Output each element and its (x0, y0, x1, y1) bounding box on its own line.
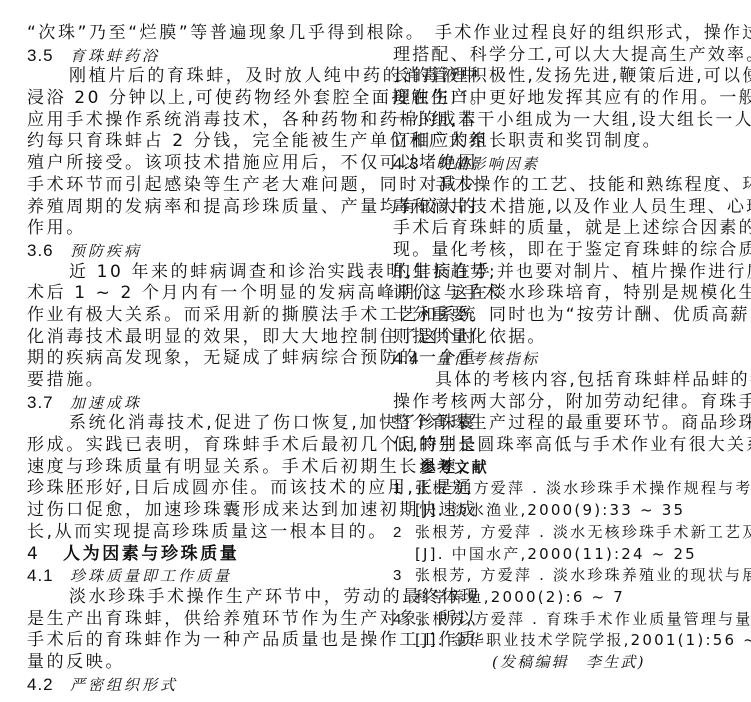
body-text-line: 珍珠胚形好,日后成圆亦佳。而该技术的应用,正是通 (27, 478, 364, 500)
reference-item: 4张根芳,方爱萍 . 育珠手术作业质量管理与量化考核 (393, 609, 724, 631)
heading-number: 4 (27, 544, 63, 566)
body-text-line: 毒和滴片技术措施,以及作业人员生理、心理因素等。 (393, 197, 724, 219)
body-text-line: 十分重要。同时也为“按劳计酬、优质高薪”的分配原 (393, 305, 724, 327)
references-title: 参考文献 (393, 457, 724, 479)
subsection-heading: 3.7加速成珠 (27, 392, 364, 414)
body-text-line: 理在生产中更好地发挥其应有的作用。一般以 3 人为 (393, 88, 724, 110)
body-text-line: 量的反映。 (27, 652, 364, 674)
reference-number: 4 (393, 609, 415, 631)
body-text-line: 系统化消毒技术,促进了伤口恢复,加快了珍珠囊 (27, 413, 364, 435)
body-text-line: “次珠”乃至“烂膜”等普遍现象几乎得到根除。 (27, 23, 364, 45)
heading-text: 严密组织形式 (70, 676, 178, 694)
body-text-line: 手术环节而引起感染等生产老大难问题，同时对减少 (27, 175, 364, 197)
body-text-line: 化消毒技术最明显的效果，即大大地控制住了这个时 (27, 327, 364, 349)
reference-text: 张根芳,方爱萍 . 育珠手术作业质量管理与量化考核 (415, 610, 751, 628)
body-text-line: 作业有极大关系。而采用新的撕膜法手术工艺和系统 (27, 305, 364, 327)
body-text-line: 手术作业过程良好的组织形式，操作过程中的合 (393, 23, 724, 45)
body-text-line: 应用手术操作系统消毒技术，各种药物和药棉的成本 (27, 110, 364, 132)
reference-number: 3 (393, 565, 415, 587)
body-text-line: 现。量化考核，即在于鉴定育珠蚌的综合质量和今后 (393, 240, 724, 262)
heading-number: 4.1 (27, 565, 70, 587)
body-text-line: 手术操作的工艺、技能和熟练程度、环境条件,消 (393, 175, 724, 197)
body-text-line: 要措施。 (27, 370, 364, 392)
subsection-heading: 4.4量化考核指标 (393, 348, 724, 370)
heading-number: 3.7 (27, 392, 70, 414)
heading-number: 3.5 (27, 45, 70, 67)
body-text-line: 具体的考核内容,包括育珠蚌样品蚌的考核,制片 (393, 370, 724, 392)
body-text-line: 长,从而实现提高珍珠质量这一根本目的。 (27, 522, 364, 544)
heading-text: 加速成珠 (70, 394, 142, 412)
heading-text: 珍珠质量即工作质量 (70, 567, 232, 585)
body-text-line: 手术后育珠蚌的质量，就是上述综合因素的最终体 (393, 218, 724, 240)
section-heading: 4人为因素与珍珠质量 (27, 544, 364, 566)
body-text-line: 一小组,若干小组成为一大组,设大组长一人,同时制 (393, 110, 724, 132)
body-text-line: 术后 1 ~ 2 个月内有一个明显的发病高峰期,这与手术 (27, 283, 364, 305)
body-text-line: 则提供量化依据。 (393, 327, 724, 349)
right-column: 手术作业过程良好的组织形式，操作过程中的合理搭配、科学分工,可以大大提高生产效率… (393, 23, 724, 674)
subsection-heading: 4.3明确影响因素 (393, 153, 724, 175)
reference-citation: 科学养鱼,2000(2):6 ~ 7 (393, 587, 724, 609)
body-text-line: 低,特别是圆珠率高低与手术作业有很大关系。 (393, 435, 724, 457)
reference-citation: [J]. 淡水渔业,2000(9):33 ~ 35 (393, 500, 724, 522)
body-text-line: 刚植片后的育珠蚌，及时放人纯中药的消毒液中 (27, 66, 364, 88)
body-text-line: 操作考核两大部分，附加劳动纪律。育珠手术操作是 (393, 392, 724, 414)
reference-item: 3张根芳, 方爱萍 . 淡水珍珠养殖业的现状与展望 [J] . (393, 565, 724, 587)
body-text-line: 过伤口促愈，加速珍珠囊形成来达到加速初期快速成 (27, 500, 364, 522)
body-text-line: 是生产出育珠蚌，供给养殖环节作为生产对象。所以 (27, 609, 364, 631)
heading-text: 明确影响因素 (436, 155, 539, 173)
body-text-line: 约每只育珠蚌占 2 分钱，完全能被生产单位和广大养 (27, 131, 364, 153)
left-column: “次珠”乃至“烂膜”等普遍现象几乎得到根除。3.5育珠蚌药浴刚植片后的育珠蚌，及… (27, 23, 364, 695)
body-text-line: 浸浴 20 分钟以上,可使药物经外套腔全面接触伤口。 (27, 88, 364, 110)
body-text-line: 的生长趋势;并也要对制片、植片操作进行质量监控和 (393, 262, 724, 284)
body-text-line: 长的管理积极性,发扬先进,鞭策后进,可以使质量管 (393, 66, 724, 88)
subsection-heading: 4.1珍珠质量即工作质量 (27, 565, 364, 587)
heading-text: 量化考核指标 (436, 350, 539, 368)
reference-number: 2 (393, 522, 415, 544)
body-text-line: 速度与珍珠质量有明显关系。手术后初期生长迅速, (27, 457, 364, 479)
heading-text: 人为因素与珍珠质量 (63, 544, 239, 564)
reference-citation: [J]. 金华职业技术学院学报,2001(1):56 ~ 58 (393, 630, 724, 652)
subsection-heading: 4.2严密组织形式 (27, 674, 364, 696)
body-text-line: 整个育珠生产过程的最重要环节。商品珍珠优质率高 (393, 413, 724, 435)
body-text-line: 订相应的组长职责和奖罚制度。 (393, 131, 724, 153)
body-text-line: 理搭配、科学分工,可以大大提高生产效率。发挥班组 (393, 45, 724, 67)
heading-text: 预防疾病 (70, 242, 142, 260)
heading-number: 3.6 (27, 240, 70, 262)
body-text-line: 形成。实践已表明，育珠蚌手术后最初几个月的生长 (27, 435, 364, 457)
body-text-line: 殖户所接受。该项技术措施应用后，不仅可以堵绝因 (27, 153, 364, 175)
body-text-line: 养殖周期的发病率和提高珍珠质量、产量均有较大的 (27, 197, 364, 219)
body-text-line: 淡水珍珠手术操作生产环节中，劳动的最终体现 (27, 587, 364, 609)
reference-citation: [J]. 中国水产,2000(11):24 ~ 25 (393, 544, 724, 566)
reference-text: 张根芳, 方爱萍 . 淡水无核珍珠手术新工艺及操作规程 (415, 523, 751, 541)
body-text-line: 手术后的育珠蚌作为一种产品质量也是操作工工作质 (27, 630, 364, 652)
heading-number: 4.3 (393, 153, 436, 175)
heading-number: 4.2 (27, 674, 70, 696)
reference-text: 张根芳,方爱萍 . 淡水珍珠手术操作规程与考核指标 (415, 479, 751, 497)
body-text-line: 评价。这在淡水珍珠培育，特别是规模化生产中显得 (393, 283, 724, 305)
subsection-heading: 3.6预防疾病 (27, 240, 364, 262)
reference-text: 张根芳, 方爱萍 . 淡水珍珠养殖业的现状与展望 [J] . (415, 566, 751, 584)
heading-text: 育珠蚌药浴 (70, 47, 160, 65)
reference-item: 2张根芳, 方爱萍 . 淡水无核珍珠手术新工艺及操作规程 (393, 522, 724, 544)
heading-number: 4.4 (393, 348, 436, 370)
body-text-line: 作用。 (27, 218, 364, 240)
editor-note: (发稿编辑 李生武) (393, 652, 724, 674)
subsection-heading: 3.5育珠蚌药浴 (27, 45, 364, 67)
body-text-line: 期的疾病高发现象，无疑成了蚌病综合预防的一个重 (27, 348, 364, 370)
reference-number: 1 (393, 478, 415, 500)
reference-item: 1张根芳,方爱萍 . 淡水珍珠手术操作规程与考核指标 (393, 478, 724, 500)
body-text-line: 近 10 年来的蚌病调查和诊治实践表明,蚌病在手 (27, 262, 364, 284)
